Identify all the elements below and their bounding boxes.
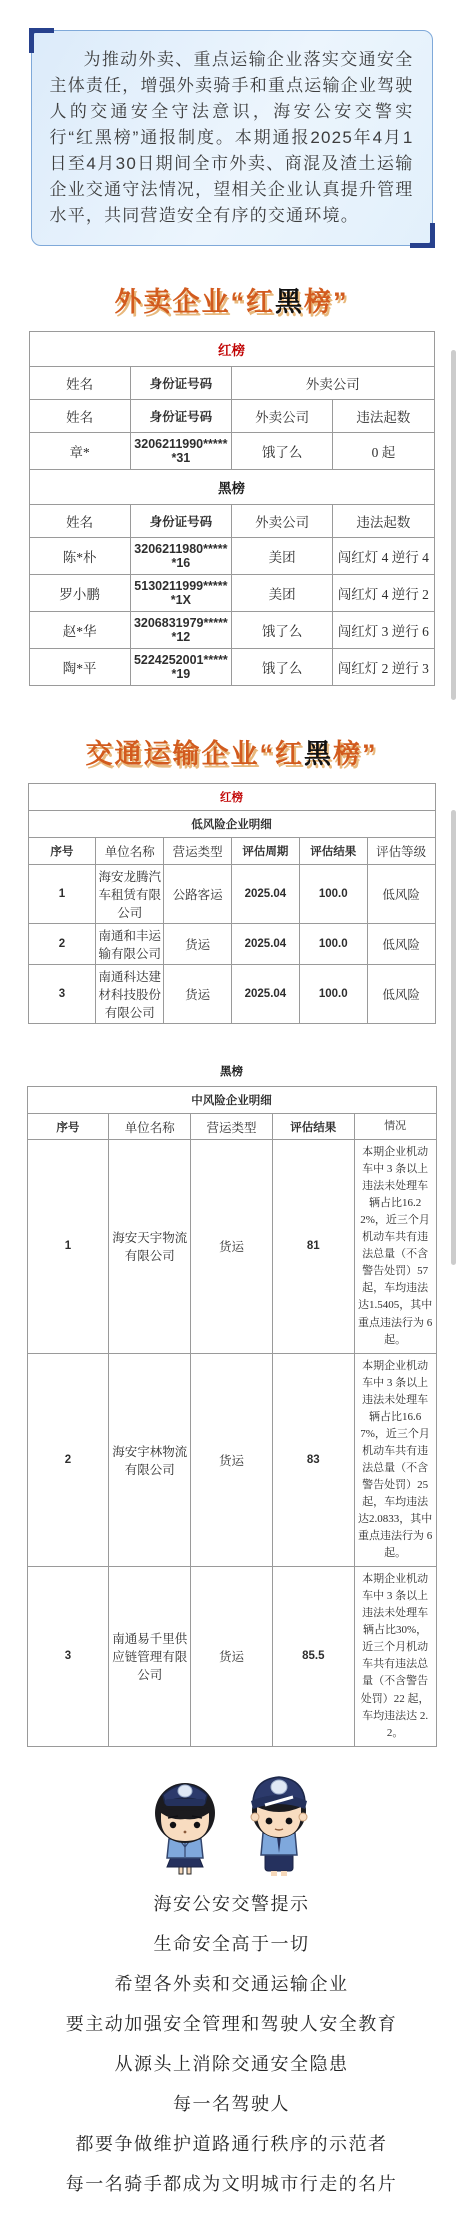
footer-slogans: 海安公安交警提示生命安全高于一切希望各外卖和交通运输企业要主动加强安全管理和驾驶… (0, 1895, 463, 2193)
table-row: 罗小鹏5130211999******1X美团闯红灯 4 逆行 2 (29, 575, 434, 612)
column-header: 情况 (354, 1114, 436, 1140)
column-header: 单位名称 (109, 1114, 191, 1140)
column-header: 姓名 (29, 367, 130, 400)
column-header: 身份证号码 (130, 505, 231, 538)
column-header: 序号 (28, 838, 96, 865)
table-cell: 3206211980******16 (130, 538, 231, 575)
transport-black-rows: 1海安天宇物流有限公司货运81本期企业机动车中 3 条以上违法未处理车辆占比16… (27, 1140, 436, 1747)
column-header: 姓名 (29, 505, 130, 538)
red-list-label: 红榜 (29, 332, 434, 367)
table-cell: 闯红灯 2 逆行 3 (333, 649, 434, 686)
male-officer-figure (251, 1777, 307, 1876)
table-cell: 罗小鹏 (29, 575, 130, 612)
table-row: 1海安天宇物流有限公司货运81本期企业机动车中 3 条以上违法未处理车辆占比16… (27, 1140, 436, 1354)
table-row: 红榜 (28, 784, 435, 811)
table-cell: 赵*华 (29, 612, 130, 649)
table-cell: 83 (272, 1353, 354, 1567)
column-header: 违法起数 (333, 505, 434, 538)
table-cell: 100.0 (299, 924, 367, 965)
footer-line: 每一名驾驶人 (0, 2095, 463, 2113)
table-cell: 3 (28, 965, 96, 1024)
table-cell: 81 (272, 1140, 354, 1354)
table-cell: 本期企业机动车中 3 条以上违法未处理车辆占比30%，近三个月机动车共有违法总量… (354, 1567, 436, 1746)
female-officer-figure (155, 1783, 215, 1874)
table-cell: 2025.04 (231, 865, 299, 924)
column-header: 身份证号码 (130, 400, 231, 433)
table-cell: 闯红灯 3 逆行 6 (333, 612, 434, 649)
column-header: 身份证号码 (130, 367, 231, 400)
column-header: 外卖公司 (232, 400, 333, 433)
table-cell: 公路客运 (164, 865, 232, 924)
footer-line: 希望各外卖和交通运输企业 (0, 1975, 463, 1993)
table-cell: 海安宇林物流有限公司 (109, 1353, 191, 1567)
notice-page: 为推动外卖、重点运输企业落实交通安全主体责任，增强外卖骑手和重点运输企业驾驶人的… (0, 0, 463, 2215)
table-cell: 南通科达建材科技股份有限公司 (96, 965, 164, 1024)
table-cell: 海安龙腾汽车租赁有限公司 (96, 865, 164, 924)
table-cell: 闯红灯 4 逆行 2 (333, 575, 434, 612)
footer-line: 每一名骑手都成为文明城市行走的名片 (0, 2175, 463, 2193)
table-row: 黑榜 (29, 470, 434, 505)
table-row: 3南通易千里供应链管理有限公司货运85.5本期企业机动车中 3 条以上违法未处理… (27, 1567, 436, 1746)
column-header: 违法起数 (333, 400, 434, 433)
table-cell: 陶*平 (29, 649, 130, 686)
table-cell: 章* (29, 433, 130, 470)
table-cell: 本期企业机动车中 3 条以上违法未处理车辆占比16.22%，近三个月机动车共有违… (354, 1140, 436, 1354)
delivery-red-rows: 章*3206211990******31饿了么0 起 (29, 433, 434, 470)
table-cell: 货运 (191, 1353, 273, 1567)
column-header: 姓名 (29, 400, 130, 433)
intro-card: 为推动外卖、重点运输企业落实交通安全主体责任，增强外卖骑手和重点运输企业驾驶人的… (31, 30, 433, 246)
table-cell: 低风险 (367, 924, 435, 965)
table-cell: 闯红灯 4 逆行 4 (333, 538, 434, 575)
column-header: 评估等级 (367, 838, 435, 865)
column-header: 评估周期 (231, 838, 299, 865)
delivery-red-black-table: 红榜 姓名 身份证号码 外卖公司 姓名 身份证号码 外卖公司 违法起数 章*32… (29, 331, 435, 686)
table-cell: 货运 (164, 924, 232, 965)
red-list-label: 红榜 (28, 784, 435, 811)
table-row: 黑榜 (27, 1056, 436, 1087)
title-black-char: 黑 (304, 739, 333, 769)
table-cell: 2025.04 (231, 965, 299, 1024)
title-text: 交通运输企业“红 (86, 739, 305, 769)
table-row: 红榜 (29, 332, 434, 367)
black-list-label: 黑榜 (29, 470, 434, 505)
table-cell: 南通和丰运输有限公司 (96, 924, 164, 965)
table-header-row: 序号 单位名称 营运类型 评估周期 评估结果 评估等级 (28, 838, 435, 865)
column-header: 营运类型 (164, 838, 232, 865)
table-row: 低风险企业明细 (28, 811, 435, 838)
table-cell: 2 (27, 1353, 109, 1567)
table-row: 中风险企业明细 (27, 1087, 436, 1114)
table-cell: 85.5 (272, 1567, 354, 1746)
table-cell: 5224252001******19 (130, 649, 231, 686)
black-list-label: 黑榜 (27, 1056, 436, 1087)
table-row: 1海安龙腾汽车租赁有限公司公路客运2025.04100.0低风险 (28, 865, 435, 924)
police-mascots-illustration (127, 1761, 337, 1879)
transport-black-table: 黑榜 中风险企业明细 序号 单位名称 营运类型 评估结果 情况 1海安天宇物流有… (27, 1056, 437, 1747)
column-header: 评估结果 (272, 1114, 354, 1140)
table-cell: 3206831979******12 (130, 612, 231, 649)
red-list-subtitle: 低风险企业明细 (28, 811, 435, 838)
intro-paragraph: 为推动外卖、重点运输企业落实交通安全主体责任，增强外卖骑手和重点运输企业驾驶人的… (50, 47, 414, 229)
table-cell: 5130211999******1X (130, 575, 231, 612)
table-cell: 3 (27, 1567, 109, 1746)
table-cell: 陈*朴 (29, 538, 130, 575)
table-row: 陈*朴3206211980******16美团闯红灯 4 逆行 4 (29, 538, 434, 575)
table-cell: 0 起 (333, 433, 434, 470)
title-black-char: 黑 (275, 287, 304, 317)
table-header-row: 姓名 身份证号码 外卖公司 违法起数 (29, 505, 434, 538)
table-cell: 海安天宇物流有限公司 (109, 1140, 191, 1354)
table-cell: 南通易千里供应链管理有限公司 (109, 1567, 191, 1746)
footer-line: 要主动加强安全管理和驾驶人安全教育 (0, 2015, 463, 2033)
scrollbar-thumb[interactable] (451, 810, 456, 1265)
footer-line: 海安公安交警提示 (0, 1895, 463, 1913)
table-cell: 美团 (232, 575, 333, 612)
footer-line: 都要争做维护道路通行秩序的示范者 (0, 2135, 463, 2153)
table-cell: 货运 (191, 1140, 273, 1354)
transport-red-rows: 1海安龙腾汽车租赁有限公司公路客运2025.04100.0低风险2南通和丰运输有… (28, 865, 435, 1024)
table-cell: 2 (28, 924, 96, 965)
table-cell: 美团 (232, 538, 333, 575)
column-header: 营运类型 (191, 1114, 273, 1140)
black-list-subtitle: 中风险企业明细 (27, 1087, 436, 1114)
table-row: 3南通科达建材科技股份有限公司货运2025.04100.0低风险 (28, 965, 435, 1024)
table-cell: 货运 (191, 1567, 273, 1746)
table-header-row: 序号 单位名称 营运类型 评估结果 情况 (27, 1114, 436, 1140)
transport-section-title: 交通运输企业“红黑榜” (0, 732, 463, 771)
table-cell: 饿了么 (232, 649, 333, 686)
column-header: 外卖公司 (232, 367, 435, 400)
table-cell: 100.0 (299, 965, 367, 1024)
column-header: 外卖公司 (232, 505, 333, 538)
title-text: 榜” (333, 739, 378, 769)
table-cell: 100.0 (299, 865, 367, 924)
title-text: 外卖企业“红 (115, 287, 276, 317)
column-header: 评估结果 (299, 838, 367, 865)
delivery-section-title: 外卖企业“红黑榜” (0, 280, 463, 319)
table-row: 赵*华3206831979******12饿了么闯红灯 3 逆行 6 (29, 612, 434, 649)
transport-red-table: 红榜 低风险企业明细 序号 单位名称 营运类型 评估周期 评估结果 评估等级 1… (28, 783, 436, 1024)
column-header: 序号 (27, 1114, 109, 1140)
scrollbar-thumb[interactable] (451, 350, 456, 700)
table-row: 2南通和丰运输有限公司货运2025.04100.0低风险 (28, 924, 435, 965)
table-row: 陶*平5224252001******19饿了么闯红灯 2 逆行 3 (29, 649, 434, 686)
delivery-black-rows: 陈*朴3206211980******16美团闯红灯 4 逆行 4罗小鹏5130… (29, 538, 434, 686)
column-header: 单位名称 (96, 838, 164, 865)
table-cell: 1 (27, 1140, 109, 1354)
title-text: 榜” (304, 287, 349, 317)
table-header-row: 姓名 身份证号码 外卖公司 (29, 367, 434, 400)
table-cell: 3206211990******31 (130, 433, 231, 470)
table-cell: 饿了么 (232, 433, 333, 470)
table-cell: 1 (28, 865, 96, 924)
footer-line: 从源头上消除交通安全隐患 (0, 2055, 463, 2073)
table-cell: 饿了么 (232, 612, 333, 649)
table-cell: 货运 (164, 965, 232, 1024)
table-row: 章*3206211990******31饿了么0 起 (29, 433, 434, 470)
table-cell: 本期企业机动车中 3 条以上违法未处理车辆占比16.67%，近三个月机动车共有违… (354, 1353, 436, 1567)
table-cell: 低风险 (367, 865, 435, 924)
table-row: 2海安宇林物流有限公司货运83本期企业机动车中 3 条以上违法未处理车辆占比16… (27, 1353, 436, 1567)
table-header-row: 姓名 身份证号码 外卖公司 违法起数 (29, 400, 434, 433)
table-cell: 低风险 (367, 965, 435, 1024)
table-cell: 2025.04 (231, 924, 299, 965)
footer-line: 生命安全高于一切 (0, 1935, 463, 1953)
